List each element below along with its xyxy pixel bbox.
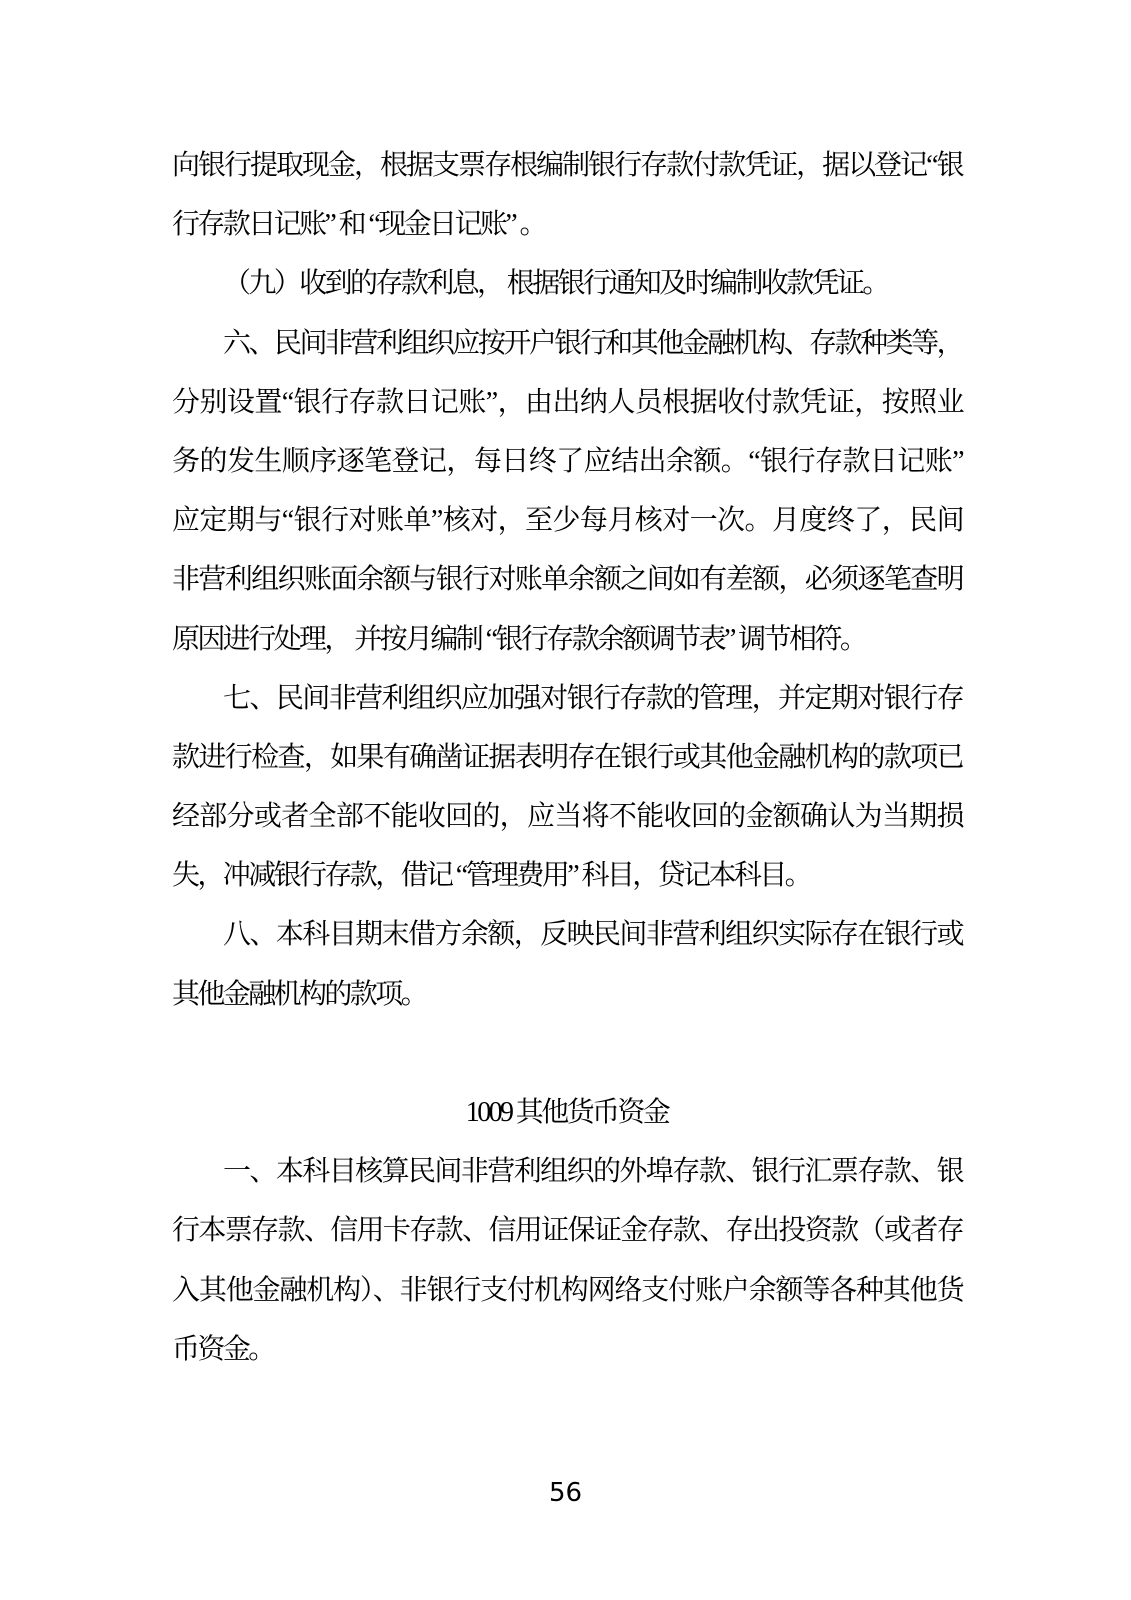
body-line-19: 币资金。	[172, 1320, 962, 1379]
body-line-1: 向银行提取现金，根据支票存根编制银行存款付款凭证，据以登记“银	[172, 136, 962, 195]
body-line-14: 八、本科目期末借方余额，反映民间非营利组织实际存在银行或	[172, 905, 962, 964]
blank-line	[172, 1024, 962, 1083]
body-line-9: 原因进行处理， 并按月编制 “银行存款余额调节表” 调节相符。	[172, 610, 962, 669]
section-heading-1009: 1009 其他货币资金	[172, 1083, 962, 1142]
body-line-15: 其他金融机构的款项。	[172, 965, 962, 1024]
body-line-8: 非营利组织账面余额与银行对账单余额之间如有差额，必须逐笔查明	[172, 550, 962, 609]
page-number: 56	[0, 1478, 1131, 1508]
body-line-5: 分别设置“银行存款日记账”，由出纳人员根据收付款凭证，按照业	[172, 373, 962, 432]
body-line-12: 经部分或者全部不能收回的，应当将不能收回的金额确认为当期损	[172, 787, 962, 846]
body-line-16: 一、本科目核算民间非营利组织的外埠存款、银行汇票存款、银	[172, 1142, 962, 1201]
body-line-7: 应定期与“银行对账单”核对，至少每月核对一次。月度终了，民间	[172, 491, 962, 550]
body-line-10: 七、民间非营利组织应加强对银行存款的管理，并定期对银行存	[172, 669, 962, 728]
body-line-11: 款进行检查，如果有确凿证据表明存在银行或其他金融机构的款项已	[172, 728, 962, 787]
body-line-18: 入其他金融机构）、非银行支付机构网络支付账户余额等各种其他货	[172, 1261, 962, 1320]
body-line-13: 失，冲减银行存款，借记 “管理费用” 科目，贷记本科目。	[172, 846, 962, 905]
body-line-4: 六、民间非营利组织应按开户银行和其他金融机构、存款种类等，	[172, 314, 962, 373]
body-line-3: （九）收到的存款利息， 根据银行通知及时编制收款凭证。	[172, 254, 962, 313]
body-line-17: 行本票存款、信用卡存款、信用证保证金存款、存出投资款（或者存	[172, 1201, 962, 1260]
document-body: 向银行提取现金，根据支票存根编制银行存款付款凭证，据以登记“银 行存款日记账” …	[172, 136, 962, 1379]
document-page: 向银行提取现金，根据支票存根编制银行存款付款凭证，据以登记“银 行存款日记账” …	[0, 0, 1131, 1600]
body-line-2: 行存款日记账” 和 “现金日记账” 。	[172, 195, 962, 254]
body-line-6: 务的发生顺序逐笔登记，每日终了应结出余额。“银行存款日记账”	[172, 432, 962, 491]
